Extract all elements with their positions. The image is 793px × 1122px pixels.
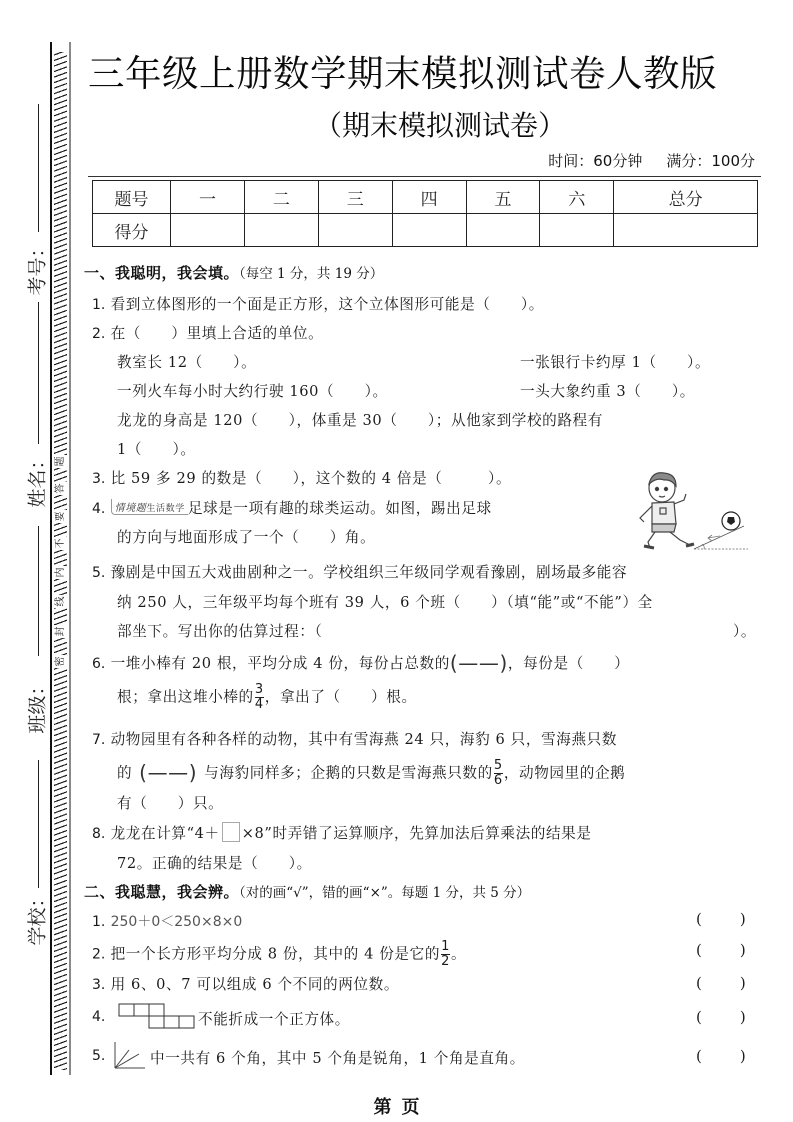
answer-blank[interactable]: () xyxy=(696,1047,746,1065)
soccer-boy-illustration xyxy=(630,466,750,550)
judge-item-2: 2. 把一个长方形平均分成 8 份，其中的 4 份是它的12。 xyxy=(92,940,466,969)
question-5: 5. 豫剧是中国五大戏曲剧种之一。学校组织三年级同学观看豫剧，剧场最多能容 xyxy=(92,561,627,582)
exam-number-line[interactable] xyxy=(38,104,39,232)
name-line[interactable] xyxy=(38,526,39,656)
score-row-label: 得分 xyxy=(93,214,171,247)
class-line[interactable] xyxy=(38,760,39,888)
section-2-note: （对的画“√”，错的画“×”。每题 1 分，共 5 分） xyxy=(239,885,530,901)
seal-char: 线 xyxy=(54,595,67,608)
class-label: 班级： xyxy=(23,698,50,734)
answer-box[interactable] xyxy=(222,822,240,842)
question-8-line2: 72。正确的结果是（ ）。 xyxy=(117,852,312,873)
score-table-cell: 总分 xyxy=(614,181,758,214)
question-2b: 一张银行卡约厚 1（ ）。 xyxy=(520,351,710,372)
score-table-score-row: 得分 xyxy=(93,214,758,247)
answer-blank[interactable]: () xyxy=(696,910,746,928)
judge-item-5-text: 中一共有 6 个角，其中 5 个角是锐角，1 个角是直角。 xyxy=(150,1047,525,1068)
score-table-cell: 四 xyxy=(392,181,466,214)
score-table-cell: 一 xyxy=(171,181,245,214)
question-4: 4. 情境题生活数学足球是一项有趣的球类运动。如图，踢出足球 xyxy=(92,497,492,518)
score-table-header-row: 题号 一 二 三 四 五 六 总分 xyxy=(93,181,758,214)
seal-char: 题 xyxy=(54,455,67,468)
question-5-line3: 部坐下。写出你的估算过程：（ xyxy=(117,620,322,641)
score-input-cell[interactable] xyxy=(171,214,245,247)
page-subtitle: （期末模拟测试卷） xyxy=(240,104,640,144)
score-table-cell: 三 xyxy=(318,181,392,214)
score-input-cell[interactable] xyxy=(318,214,392,247)
score-table-cell: 二 xyxy=(244,181,318,214)
question-3: 3. 比 59 多 29 的数是（ ），这个数的 4 倍是（ ）。 xyxy=(92,467,511,488)
judge-item-4: 4. xyxy=(92,1008,105,1025)
question-6: 6. 一堆小棒有 20 根，平均分成 4 份，每份占总数的(——)，每份是（ ） xyxy=(92,651,629,675)
binding-line xyxy=(50,42,52,1075)
question-2e: 龙龙的身高是 120（ ），体重是 30（ ）；从他家到学校的路程有 xyxy=(117,409,603,430)
angle-figure xyxy=(113,1040,147,1070)
name-line-top xyxy=(38,400,39,444)
question-7-line2: 的 (——) 与海豹同样多；企鹅的只数是雪海燕只数的56，动物园里的企鹅 xyxy=(117,759,625,788)
exam-number-label: 考号： xyxy=(23,260,50,296)
judge-item-5: 5. xyxy=(92,1047,105,1064)
hatch-pattern xyxy=(54,52,67,1070)
seal-char: 密 xyxy=(54,655,67,668)
seal-char: 内 xyxy=(54,566,67,579)
score-table: 题号 一 二 三 四 五 六 总分 得分 xyxy=(92,180,758,247)
fraction-5-6: 56 xyxy=(494,759,503,788)
school-label: 学校： xyxy=(23,910,50,946)
fraction-blank[interactable]: (——) xyxy=(450,651,508,675)
page-title: 三年级上册数学期末模拟测试卷人教版 xyxy=(88,45,778,97)
answer-blank[interactable]: () xyxy=(696,941,746,959)
score-table-cell: 六 xyxy=(540,181,614,214)
question-4-line2: 的方向与地面形成了一个（ ）角。 xyxy=(117,526,375,547)
section-2-heading: 二、我聪慧，我会辨。（对的画“√”，错的画“×”。每题 1 分，共 5 分） xyxy=(84,881,530,902)
exam-full-score: 满分：100分 xyxy=(666,152,755,170)
name-label: 姓名： xyxy=(23,472,50,508)
binding-line-grey xyxy=(69,42,71,1075)
judge-item-1: 1. 250＋0＜250×8×0 xyxy=(92,911,242,931)
page-footer: 第页 xyxy=(0,1093,793,1119)
exam-meta: 时间：60分钟满分：100分 xyxy=(548,150,755,171)
seal-char: 要 xyxy=(54,510,67,523)
section-1-note: （每空 1 分，共 19 分） xyxy=(239,266,383,282)
question-6-line2: 根；拿出这堆小棒的34，拿出了（ ）根。 xyxy=(117,683,417,712)
question-2d: 一头大象约重 3（ ）。 xyxy=(520,380,695,401)
section-1-heading: 一、我聪明，我会填。（每空 1 分，共 19 分） xyxy=(84,262,383,283)
question-2a: 教室长 12（ ）。 xyxy=(117,351,256,372)
question-5-line2: 纳 250 人，三年级平均每个班有 39 人，6 个班（ ）（填“能”或“不能”… xyxy=(117,591,653,612)
score-input-cell[interactable] xyxy=(540,214,614,247)
score-table-cell: 题号 xyxy=(93,181,171,214)
section-2-title: 二、我聪慧，我会辨。 xyxy=(84,883,239,901)
fraction-blank[interactable]: (——) xyxy=(132,761,204,785)
header-rule xyxy=(88,176,761,177)
question-7: 7. 动物园里有各种各样的动物，其中有雪海燕 24 只，海豹 6 只，雪海燕只数 xyxy=(92,728,617,749)
question-2: 2. 在（ ）里填上合适的单位。 xyxy=(92,322,323,343)
question-1: 1. 看到立体图形的一个面是正方形，这个立体图形可能是（ ）。 xyxy=(92,293,544,314)
question-tag: 情境题生活数学 xyxy=(111,499,188,515)
score-table-cell: 五 xyxy=(466,181,540,214)
fraction-3-4: 34 xyxy=(255,683,264,712)
seal-char: 不 xyxy=(54,537,67,550)
question-2c: 一列火车每小时大约行驶 160（ ）。 xyxy=(117,380,388,401)
score-input-cell[interactable] xyxy=(614,214,758,247)
question-7-line3: 有（ ）只。 xyxy=(117,792,223,813)
question-5-line3-close: ）。 xyxy=(733,620,756,641)
question-2f: 1（ ）。 xyxy=(117,438,196,459)
seal-char: 答 xyxy=(54,482,67,495)
judge-item-4-text: 不能折成一个正方体。 xyxy=(198,1008,350,1029)
seal-char: 封 xyxy=(54,625,67,638)
cube-net-figure xyxy=(118,1003,198,1031)
score-input-cell[interactable] xyxy=(466,214,540,247)
exam-time: 时间：60分钟 xyxy=(548,152,642,170)
answer-blank[interactable]: () xyxy=(696,1008,746,1026)
judge-item-3: 3. 用 6、0、7 可以组成 6 个不同的两位数。 xyxy=(92,973,399,994)
score-input-cell[interactable] xyxy=(392,214,466,247)
score-input-cell[interactable] xyxy=(244,214,318,247)
fraction-1-2: 12 xyxy=(441,940,450,969)
question-8: 8. 龙龙在计算“4＋×8”时弄错了运算顺序，先算加法后算乘法的结果是 xyxy=(92,822,592,843)
answer-blank[interactable]: () xyxy=(696,974,746,992)
section-1-title: 一、我聪明，我会填。 xyxy=(84,264,239,282)
